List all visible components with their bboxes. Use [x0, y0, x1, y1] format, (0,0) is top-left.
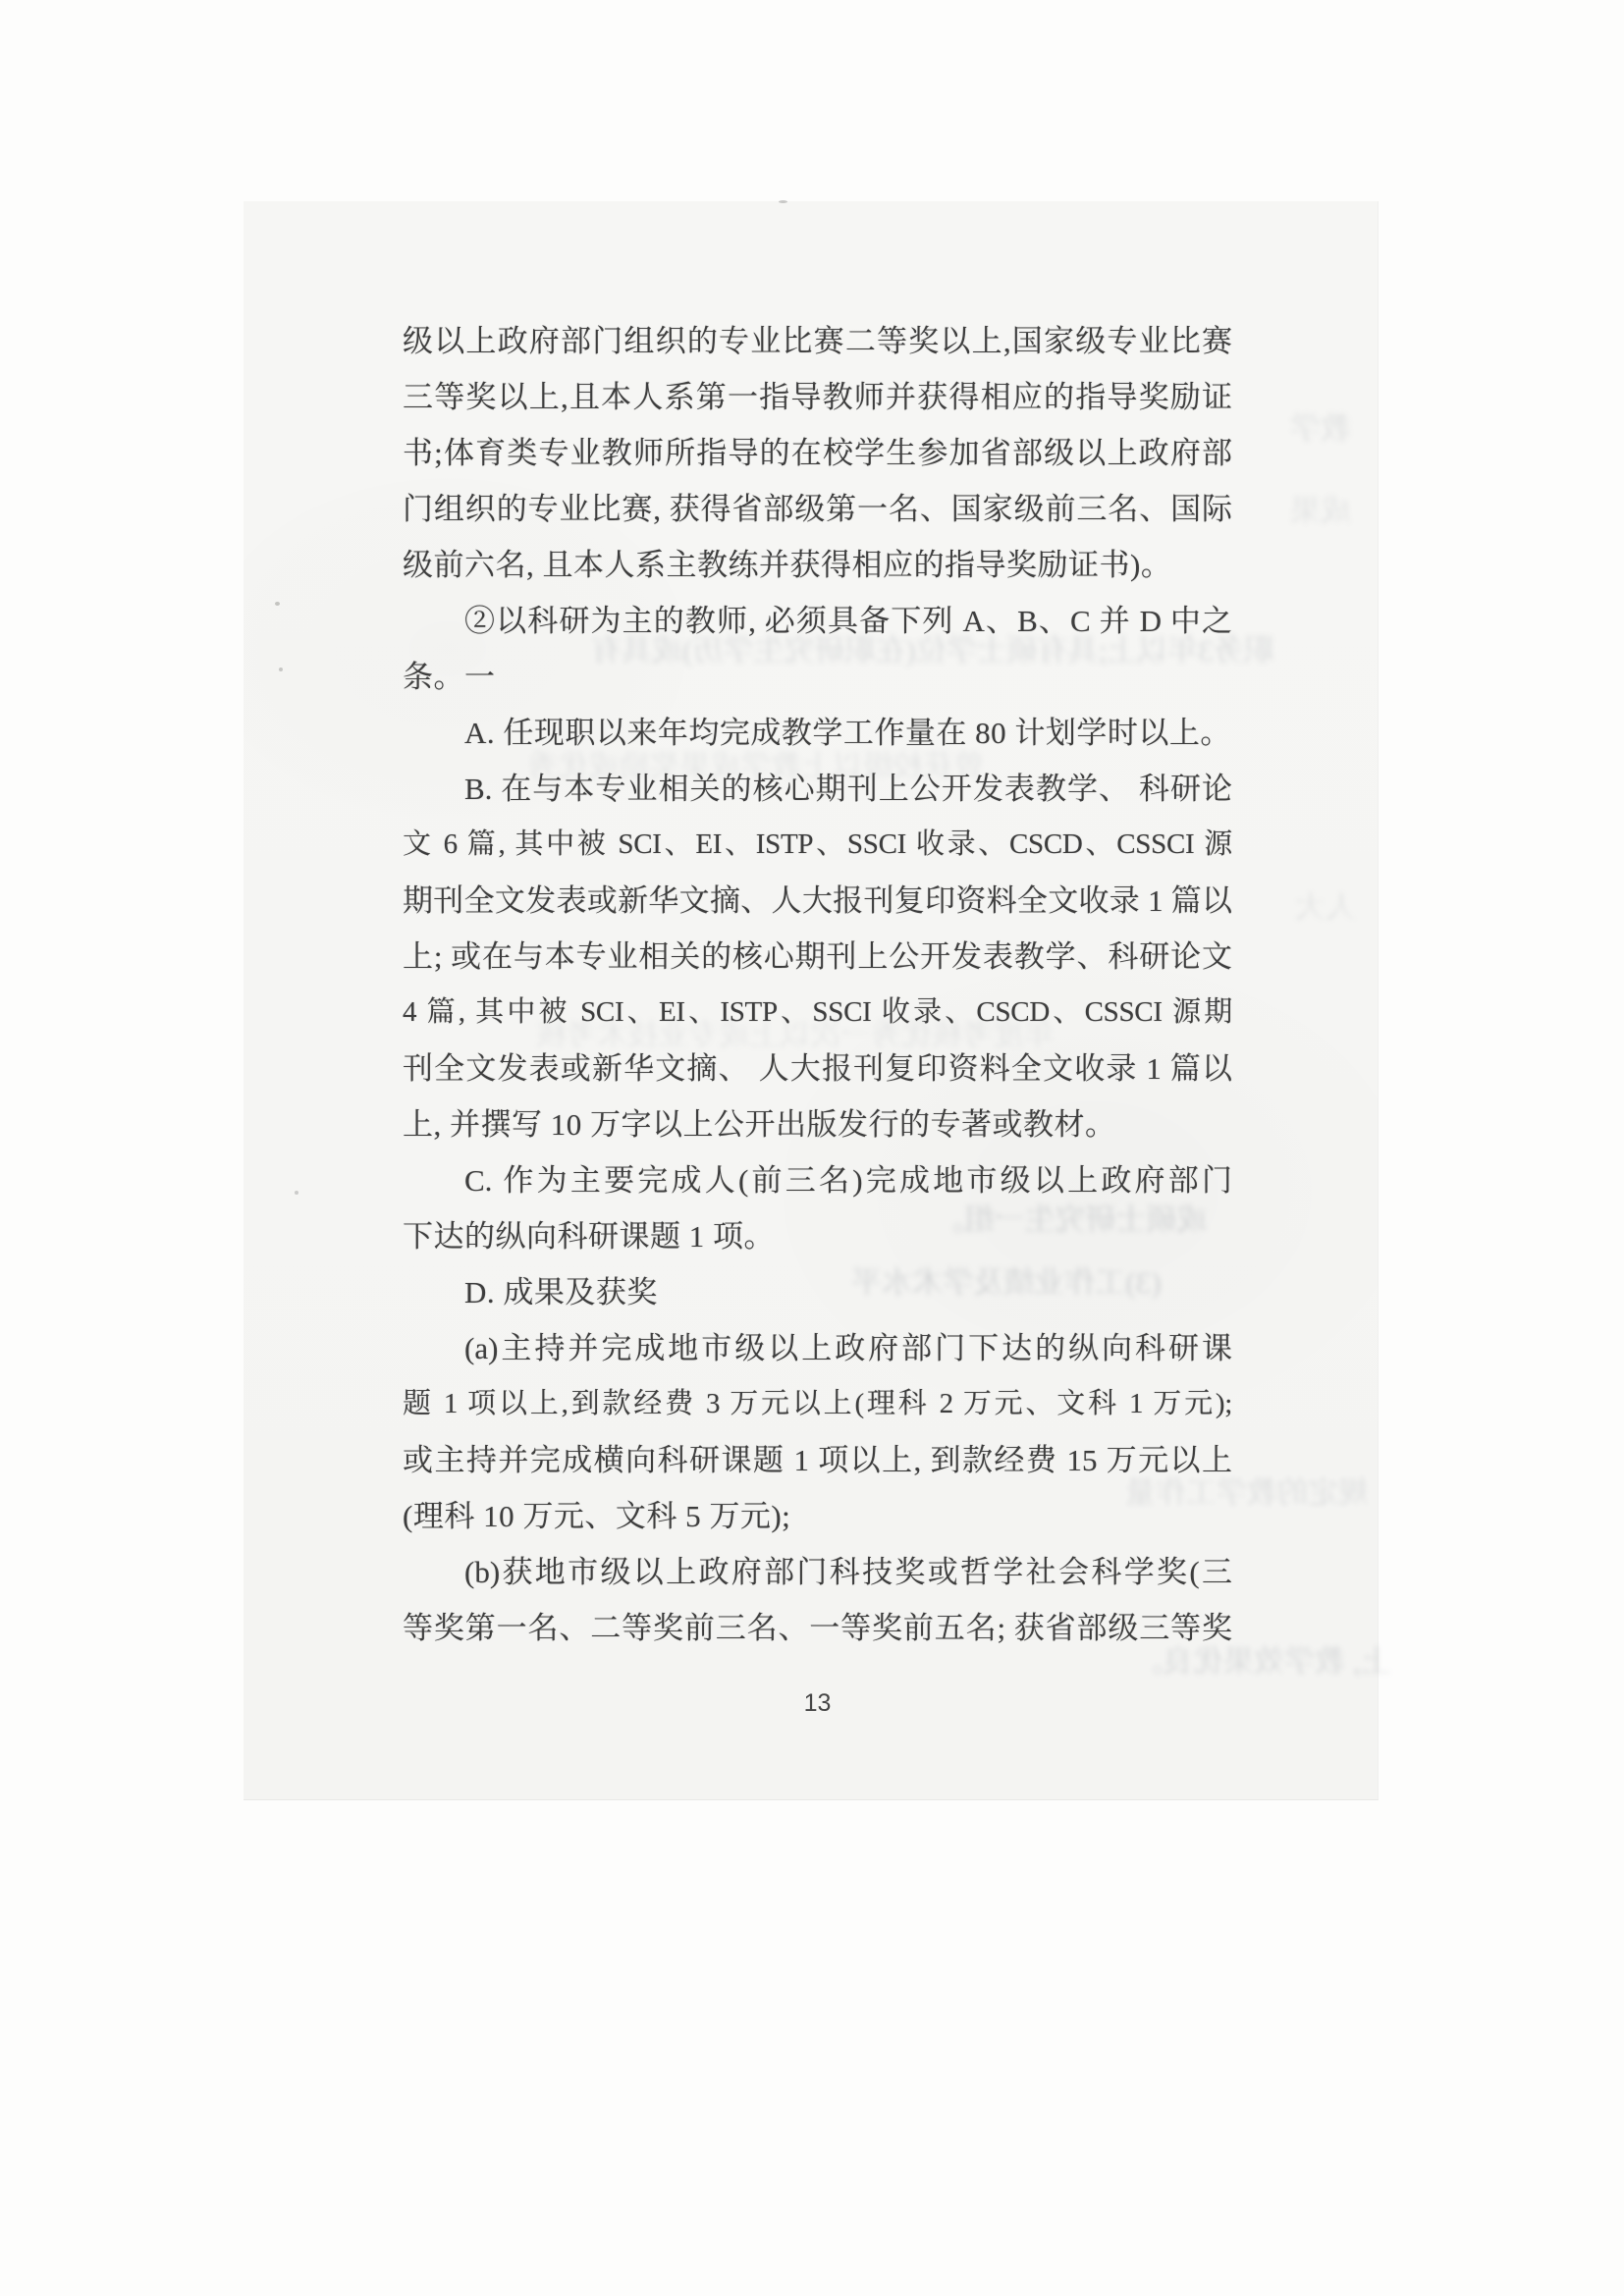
text-line-10: 文 6 篇, 其中被 SCI、EI、ISTP、SSCI 收录、CSCD、CSSC… — [403, 817, 1232, 873]
speck-1 — [275, 602, 280, 606]
text-line-17: 下达的纵向科研课题 1 项。 — [403, 1208, 1232, 1264]
text-line-13: 4 篇, 其中被 SCI、EI、ISTP、SSCI 收录、CSCD、CSSCI … — [403, 985, 1232, 1041]
text-line-12: 上; 或在与本专业相关的核心期刊上公开发表教学、科研论文 — [403, 929, 1232, 985]
text-line-9: B. 在与本专业相关的核心期刊上公开发表教学、 科研论 — [403, 761, 1232, 817]
ghost-text-8: 教学 — [1257, 409, 1384, 449]
text-line-7: 条。 — [403, 649, 1232, 705]
text-line-14: 刊全文发表或新华文摘、 人大报刊复印资料全文收录 1 篇以 — [403, 1041, 1232, 1096]
text-line-15: 上, 并撰写 10 万字以上公开出版发行的专著或教材。 — [403, 1096, 1232, 1152]
text-line-4: 门组织的专业比赛, 获得省部级第一名、国家级前三名、国际 — [403, 481, 1232, 537]
text-line-6: ②以科研为主的教师, 必须具备下列 A、B、C 并 D 中之一 — [403, 593, 1232, 649]
text-line-11: 期刊全文发表或新华文摘、人大报刊复印资料全文收录 1 篇以 — [403, 873, 1232, 929]
document-page: 职务3年以上;具有硕士学位(在职研究生学历)或具有曾获校级以上教学成果奖励或优秀… — [244, 201, 1379, 1800]
text-line-2: 三等奖以上,且本人系第一指导教师并获得相应的指导奖励证 — [403, 369, 1232, 425]
text-line-21: 或主持并完成横向科研课题 1 项以上, 到款经费 15 万元以上 — [403, 1432, 1232, 1488]
speck-2 — [279, 667, 283, 671]
text-line-24: 等奖第一名、二等奖前三名、一等奖前五名; 获省部级三等奖 — [403, 1600, 1232, 1656]
ghost-text-10: 人大 — [1262, 888, 1389, 928]
text-line-19: (a)主持并完成地市级以上政府部门下达的纵向科研课 — [403, 1320, 1232, 1376]
text-line-20: 题 1 项以上,到款经费 3 万元以上(理科 2 万元、文科 1 万元); — [403, 1376, 1232, 1432]
body-text: 级以上政府部门组织的专业比赛二等奖以上,国家级专业比赛三等奖以上,且本人系第一指… — [403, 313, 1232, 1656]
text-line-5: 级前六名, 且本人系主教练并获得相应的指导奖励证书)。 — [403, 537, 1232, 593]
text-line-1: 级以上政府部门组织的专业比赛二等奖以上,国家级专业比赛 — [403, 313, 1232, 369]
ghost-text-9: 成果 — [1257, 492, 1384, 531]
page-number: 13 — [403, 1689, 1232, 1718]
text-line-23: (b)获地市级以上政府部门科技奖或哲学社会科学奖(三 — [403, 1544, 1232, 1600]
speck-3 — [295, 1191, 298, 1195]
text-line-16: C. 作为主要完成人(前三名)完成地市级以上政府部门 — [403, 1152, 1232, 1208]
text-line-8: A. 任现职以来年均完成教学工作量在 80 计划学时以上。 — [403, 705, 1232, 761]
scan-background: 职务3年以上;具有硕士学位(在职研究生学历)或具有曾获校级以上教学成果奖励或优秀… — [0, 0, 1624, 2296]
speck-4 — [779, 200, 787, 203]
text-line-18: D. 成果及获奖 — [403, 1264, 1232, 1320]
text-line-22: (理科 10 万元、文科 5 万元); — [403, 1488, 1232, 1544]
text-line-3: 书;体育类专业教师所指导的在校学生参加省部级以上政府部 — [403, 425, 1232, 481]
